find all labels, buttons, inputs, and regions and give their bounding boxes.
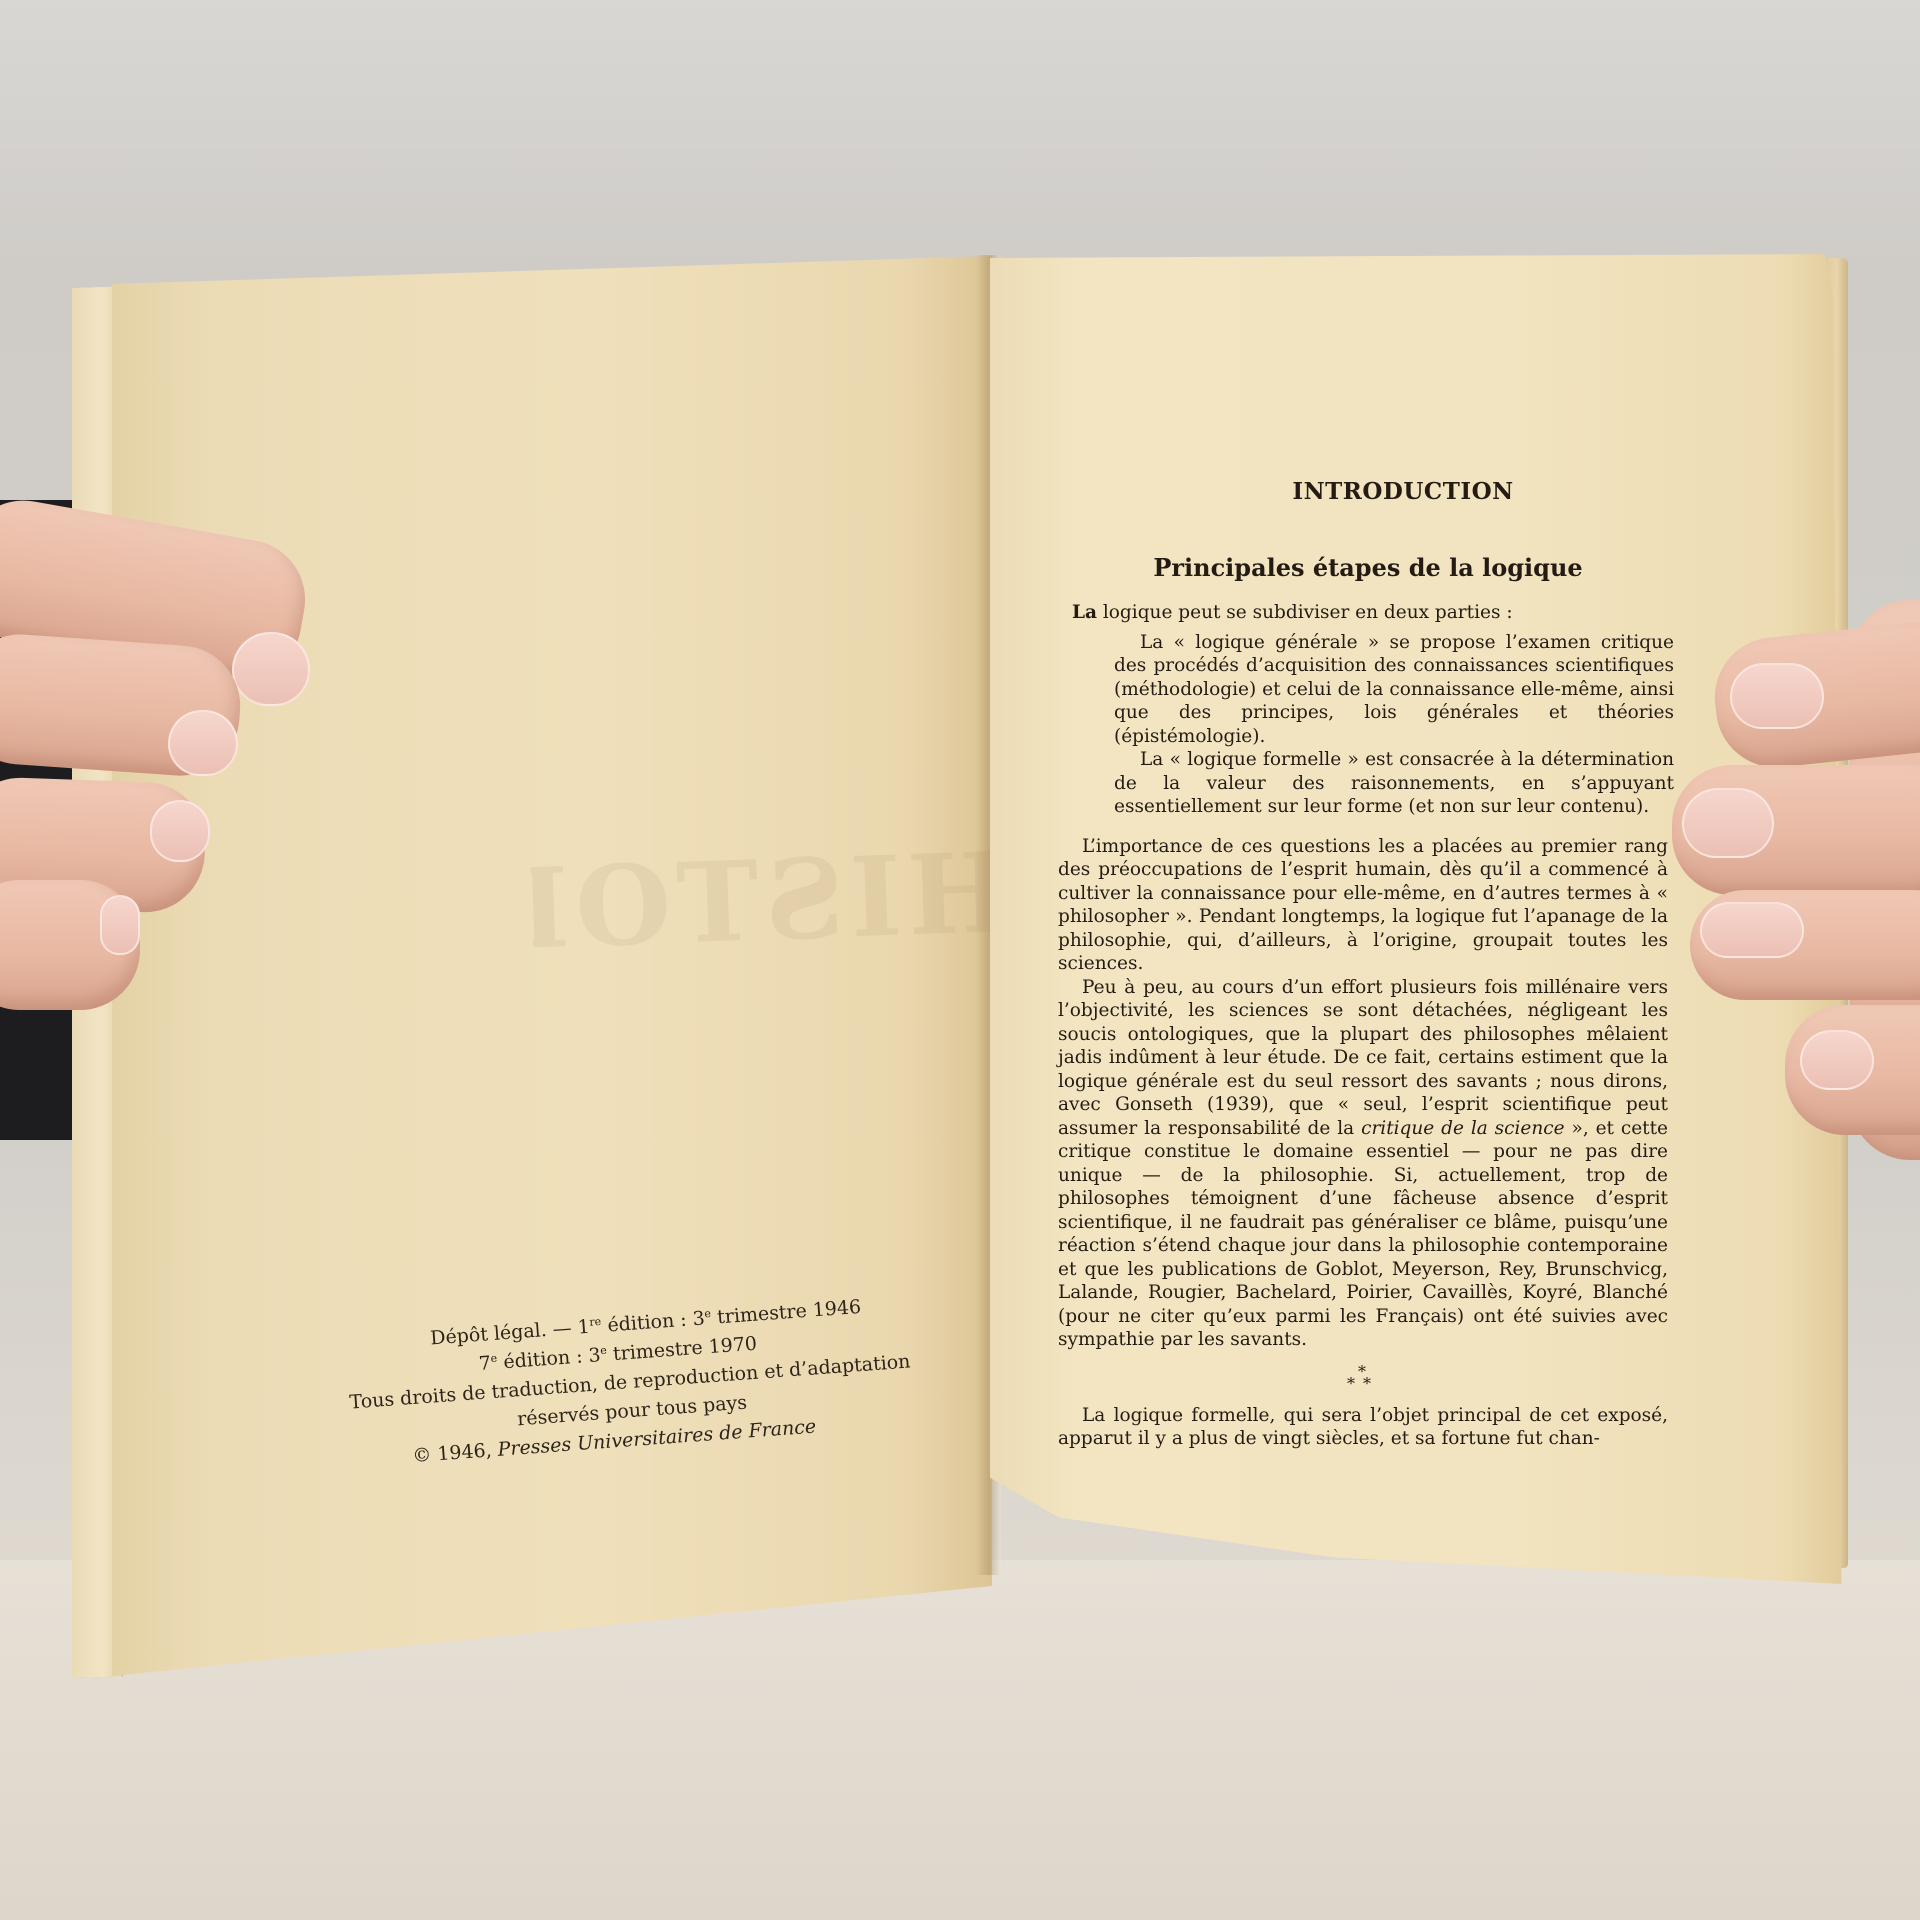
left-thumbnail	[232, 632, 310, 706]
right-fingernail	[1700, 902, 1804, 958]
section-title: Principales étapes de la logique	[1068, 556, 1668, 580]
chapter-heading: INTRODUCTION	[1138, 480, 1668, 504]
asterism-divider: * **	[1058, 1366, 1668, 1390]
right-fingernail	[1800, 1030, 1874, 1090]
left-fingernail	[150, 800, 210, 862]
closing-paragraph: La logique formelle, qui sera l’objet pr…	[1058, 1404, 1668, 1451]
left-fingernail	[168, 710, 238, 776]
left-fingernail	[100, 895, 140, 955]
left-page: HISTOIRE DE LA LOGIQUE	[112, 256, 992, 1676]
italic-phrase: critique de la science	[1361, 1118, 1565, 1139]
lead-sentence: La logique peut se subdiviser en deux pa…	[1072, 601, 1668, 625]
body-paragraph: Peu à peu, au cours d’un effort plusieur…	[1058, 976, 1668, 1352]
showthrough-text: HISTOIRE DE LA LOGIQUE	[530, 828, 1015, 995]
right-fingernail	[1682, 788, 1774, 858]
definition-formal-logic: La « logique formelle » est consacrée à …	[1114, 748, 1674, 819]
body-paragraph: L’importance de ces questions les a plac…	[1058, 835, 1668, 976]
right-fingernail	[1730, 663, 1824, 729]
definitions-block: La « logique générale » se propose l’exa…	[1114, 631, 1674, 819]
definition-general-logic: La « logique générale » se propose l’exa…	[1114, 631, 1674, 749]
right-page-text: INTRODUCTION Principales étapes de la lo…	[1058, 480, 1668, 1451]
